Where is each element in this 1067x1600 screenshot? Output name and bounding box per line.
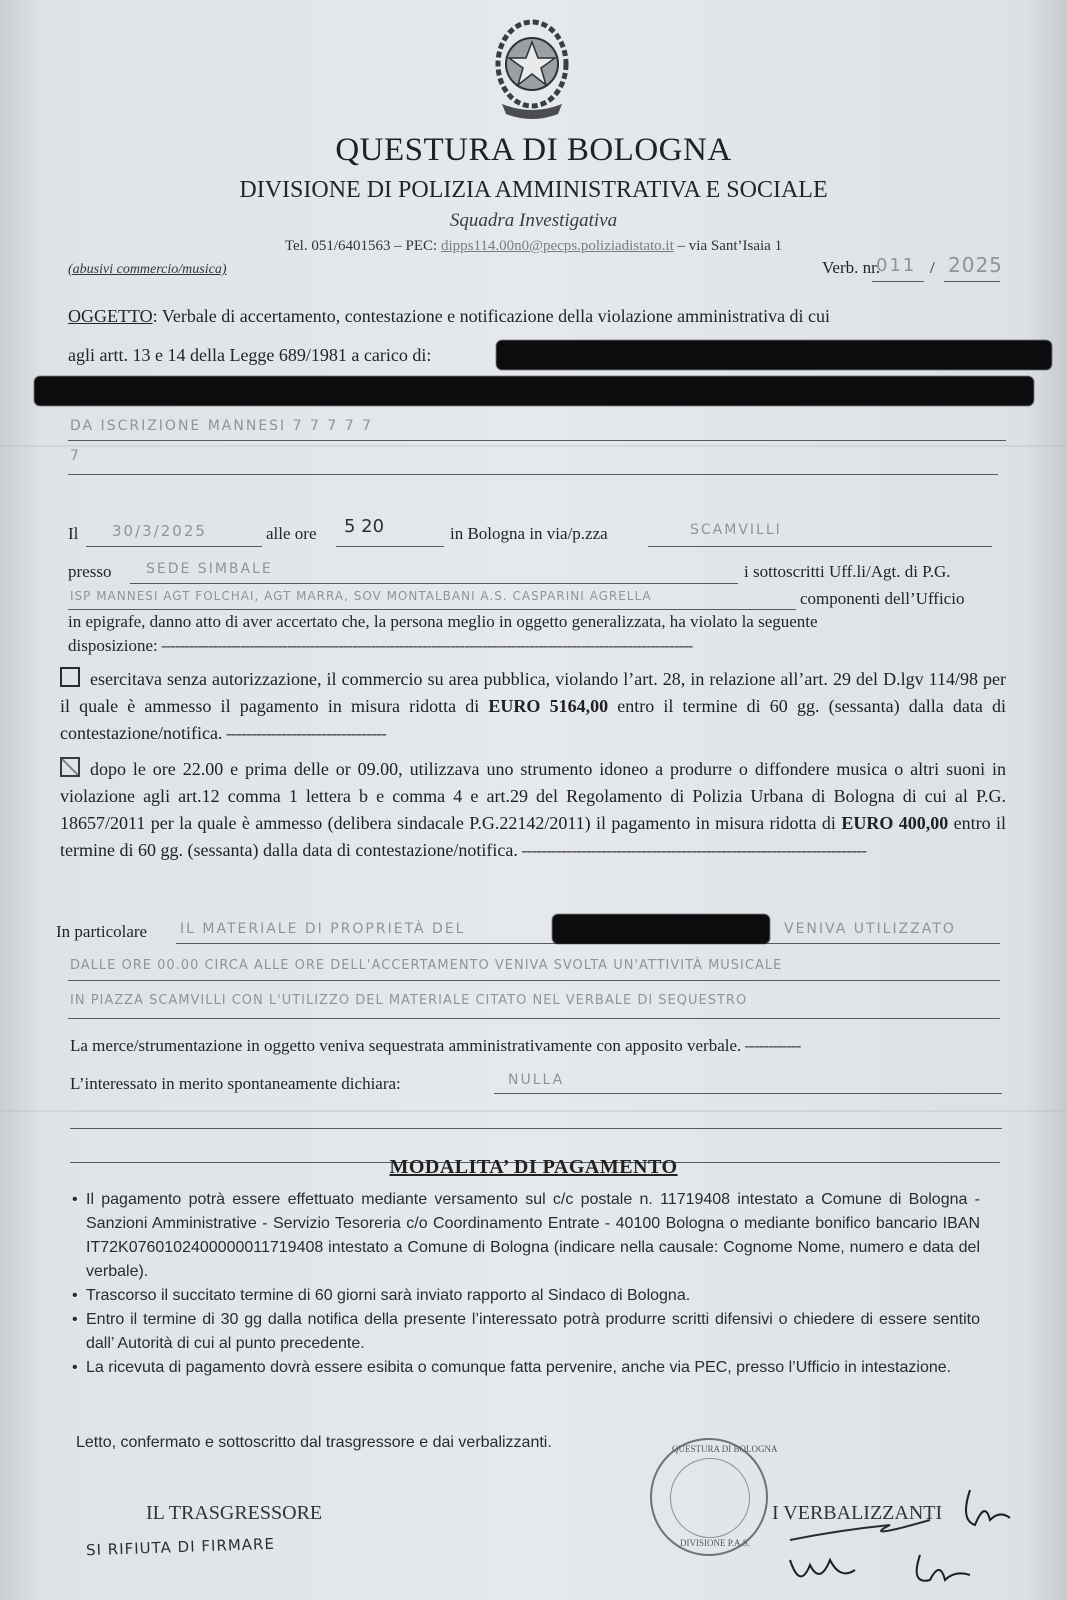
particulars-line (68, 1018, 1000, 1019)
declaration-value: NULLA (508, 1072, 564, 1088)
presso-value: SEDE SIMBALE (146, 561, 273, 577)
verbale-number-line (872, 281, 924, 282)
paper-crease (0, 445, 1067, 447)
subject-line-1: OGGETTO: Verbale di accertamento, contes… (68, 306, 830, 327)
subject-text: : Verbale di accertamento, contestazione… (153, 306, 830, 326)
place-value: SCAMVILLI (690, 522, 782, 538)
verbale-year: 2025 (948, 253, 1003, 277)
time-label: alle ore (266, 524, 317, 544)
checkbox-commerce[interactable] (60, 667, 80, 687)
seizure-statement: La merce/strumentazione in oggetto veniv… (70, 1036, 800, 1056)
document-page: QUESTURA DI BOLOGNA DIVISIONE DI POLIZIA… (0, 0, 1067, 1600)
dash-filler: ----------------------------------------… (518, 840, 866, 860)
confirmation-text: Letto, confermato e sottoscritto dal tra… (76, 1434, 552, 1452)
squad-name: Squadra Investigativa (0, 210, 1067, 232)
components-label: componenti dell’Ufficio (800, 589, 964, 609)
field-line (68, 474, 998, 475)
violation-option-music: dopo le ore 22.00 e prima delle or 09.00… (60, 756, 1006, 864)
page-title: QUESTURA DI BOLOGNA (0, 132, 1067, 169)
violation-option-commerce: esercitava senza autorizzazione, il comm… (60, 666, 1006, 747)
field-line (68, 440, 1006, 441)
subject-label: OGGETTO (68, 306, 153, 326)
declaration-line (70, 1128, 1002, 1129)
payment-item: Trascorso il succitato termine di 60 gio… (72, 1284, 980, 1308)
date-value: 30/3/2025 (112, 522, 207, 540)
disposizione-text: disposizione: (68, 636, 158, 655)
time-line (336, 546, 444, 547)
dash-filler: ------------ (741, 1036, 800, 1055)
offender-label: IL TRASGRESSORE (146, 1502, 322, 1525)
pec-email-link[interactable]: dipps114.00n0@pecps.poliziadistato.it (441, 238, 674, 254)
date-label: Il (68, 524, 78, 544)
redaction-bar (496, 340, 1052, 370)
particulars-label: In particolare (56, 922, 147, 942)
presso-line (130, 583, 738, 584)
particulars-line2: DALLE ORE 00.00 CIRCA ALLE ORE DELL'ACCE… (70, 958, 782, 973)
contact-address: – via Sant’Isaia 1 (674, 238, 782, 254)
payment-item: Entro il termine di 30 gg dalla notifica… (72, 1308, 980, 1356)
particulars-line3: IN PIAZZA SCAMVILLI CON L'UTILIZZO DEL M… (70, 993, 747, 1008)
redaction-bar (34, 376, 1034, 406)
emblem-icon (486, 12, 578, 124)
checkbox-music[interactable] (60, 757, 80, 777)
paper-crease (0, 1110, 1067, 1112)
officers-label: i sottoscritti Uff.li/Agt. di P.G. (744, 562, 951, 582)
officers-line (68, 609, 796, 610)
fine-amount: EURO 400,00 (841, 813, 948, 833)
stamp-text-top: QUESTURA DI BOLOGNA (672, 1444, 778, 1454)
time-value: 5 20 (344, 516, 384, 537)
place-label: in Bologna in via/p.zza (450, 524, 608, 544)
verbale-number: 011 (876, 255, 916, 276)
offender-note: SI RIFIUTA DI FIRMARE (86, 1535, 275, 1560)
declaration-line (494, 1093, 1002, 1094)
fine-amount: EURO 5164,00 (488, 696, 608, 716)
payment-item: Il pagamento potrà essere effettuato med… (72, 1188, 980, 1284)
category-label: (abusivi commercio/musica) (68, 262, 227, 278)
division-name: DIVISIONE DI POLIZIA AMMINISTRATIVA E SO… (0, 177, 1067, 204)
seizure-text: La merce/strumentazione in oggetto veniv… (70, 1036, 741, 1055)
offender-info-handwritten-2: 7 (70, 448, 81, 464)
particulars-line1-a: IL MATERIALE DI PROPRIETÀ DEL (180, 921, 466, 937)
statement-text: in epigrafe, danno atto di aver accertat… (68, 612, 818, 632)
disposizione-label: disposizione: --------------------------… (68, 636, 692, 656)
payment-title: MODALITA’ DI PAGAMENTO (0, 1156, 1067, 1179)
contact-info: Tel. 051/6401563 – PEC: dipps114.00n0@pe… (0, 238, 1067, 255)
declaration-label: L’interessato in merito spontaneamente d… (70, 1074, 401, 1094)
dash-filler: ----------------------------------------… (158, 636, 693, 655)
payment-list: Il pagamento potrà essere effettuato med… (72, 1188, 980, 1380)
offender-info-handwritten-1: DA ISCRIZIONE MANNESI 7 7 7 7 7 (70, 418, 373, 434)
officers-value: ISP MANNESI AGT FOLCHAI, AGT MARRA, SOV … (70, 589, 652, 603)
date-line (86, 546, 262, 547)
verbale-number-label: Verb. nr. (822, 258, 880, 278)
redaction-bar (552, 914, 770, 944)
presso-label: presso (68, 562, 111, 582)
contact-phone: Tel. 051/6401563 – PEC: (285, 238, 441, 254)
subject-line-2: agli artt. 13 e 14 della Legge 689/1981 … (68, 345, 431, 366)
officer-signatures (690, 1480, 1040, 1600)
particulars-line (68, 980, 1000, 981)
particulars-line1-b: VENIVA UTILIZZATO (784, 921, 956, 937)
payment-item: La ricevuta di pagamento dovrà essere es… (72, 1356, 980, 1380)
verbale-year-line (944, 281, 1000, 282)
dash-filler: -------------------------------- (222, 723, 385, 743)
place-line (648, 546, 992, 547)
slash: / (930, 258, 935, 278)
